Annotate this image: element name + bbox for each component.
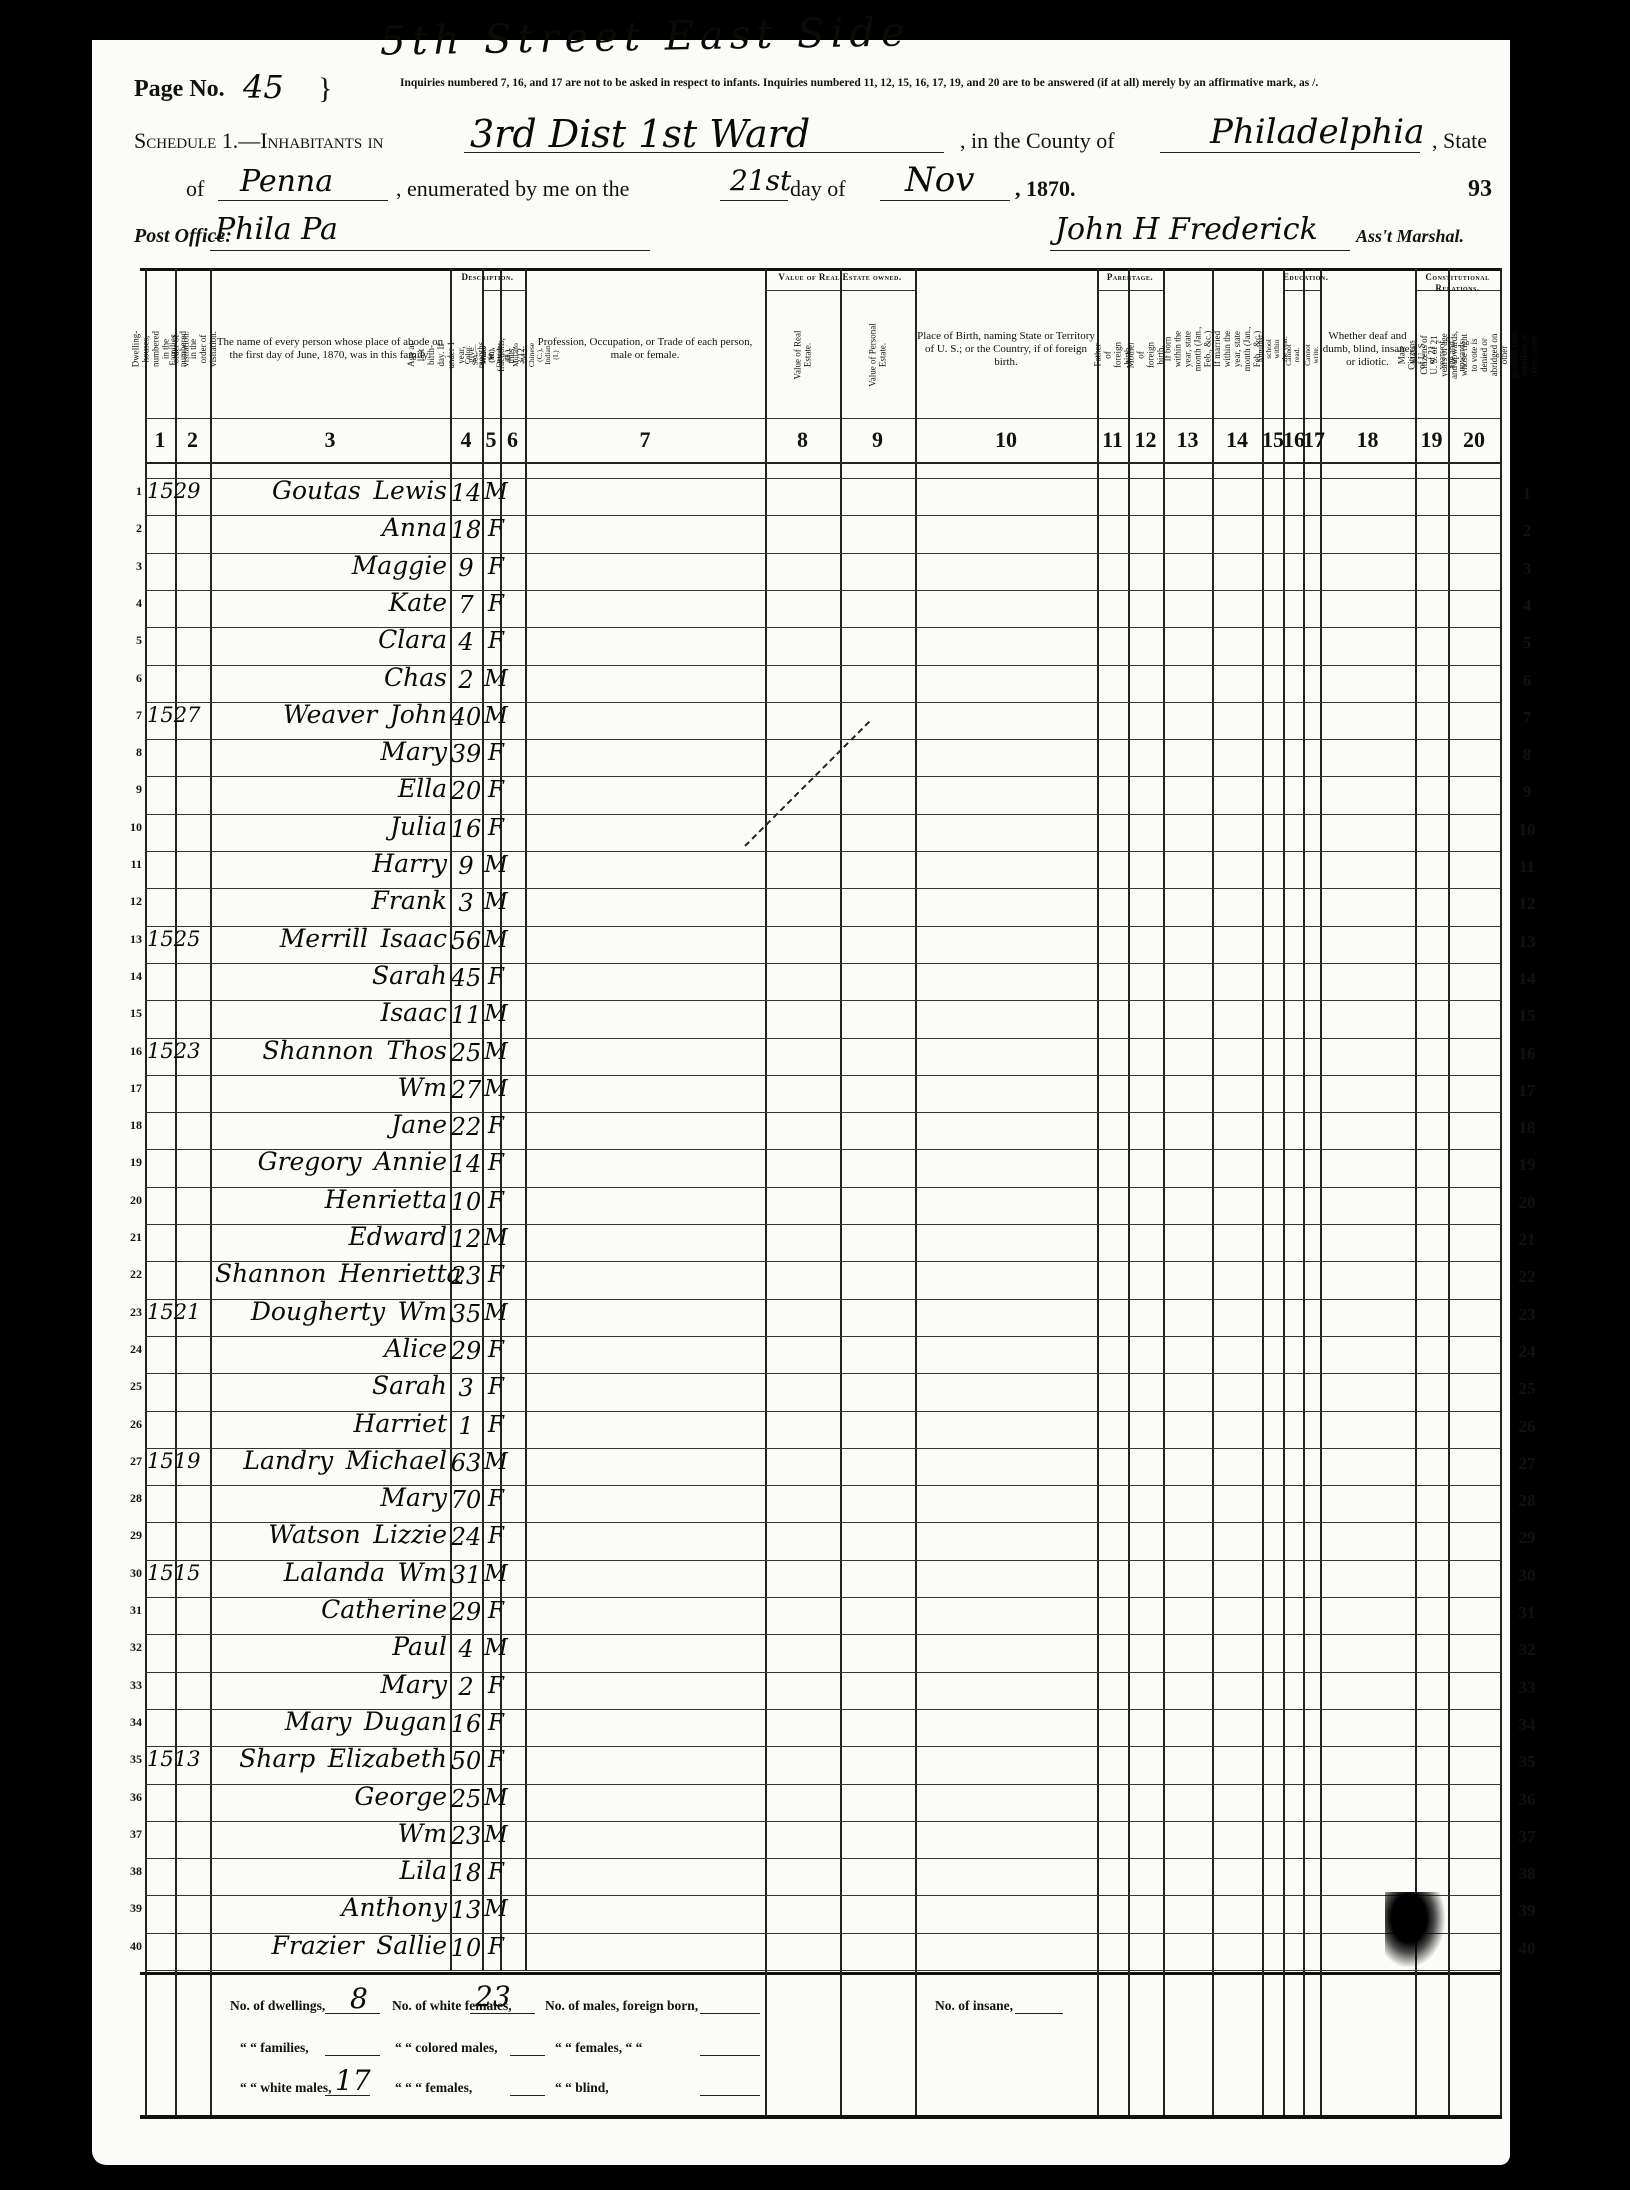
column-number-16: 16 [1283,427,1303,453]
column-divider [1262,268,1264,1970]
column-header-label: If married within the year, state month … [1212,326,1262,372]
column-header-12: Mother of foreign birth. [1128,292,1163,418]
sex-value: F [482,1188,510,1214]
column-divider [1128,268,1130,1970]
line-number-right: 25 [1512,1379,1542,1399]
line-number-left: 23 [118,1305,142,1320]
blank-underline [325,2013,380,2014]
given-name: Chas [384,663,447,692]
line-number-right: 36 [1512,1790,1542,1810]
surname: Frazier [272,1931,364,1960]
given-name: Mary [380,737,447,766]
of-label: of [186,176,204,202]
person-name: Clara [215,625,447,654]
footer-column-divider [1320,1970,1322,2115]
person-name: Anna [215,513,447,542]
line-number-left: 36 [118,1790,142,1805]
schedule-label-text: Schedule 1.—Inhabitants in [134,128,384,153]
line-number-left: 33 [118,1678,142,1693]
enumerated-label: , enumerated by me on the [396,176,629,202]
line-number-left: 28 [118,1491,142,1506]
person-name: Gregory Annie [215,1147,447,1176]
state-value: Penna [240,164,333,199]
row-rule [145,1970,1500,1971]
person-name: Sarah [215,961,447,990]
column-divider [1097,268,1099,1970]
line-number-right: 24 [1512,1342,1542,1362]
line-number-right: 18 [1512,1118,1542,1138]
column-header-label: Mother of foreign birth. [1126,340,1166,371]
line-number-left: 20 [118,1193,142,1208]
column-header-16: Cannot read. [1283,292,1303,418]
age-value: 18 [450,516,482,544]
age-value: 3 [450,1374,482,1402]
given-name: Henrietta [339,1259,461,1288]
surname: Dougherty [251,1297,385,1326]
column-number-14: 14 [1212,427,1262,453]
given-name: George [354,1782,447,1811]
age-value: 35 [450,1300,482,1328]
blank-underline [700,2095,760,2096]
sex-value: M [482,889,510,915]
footer-column-divider [145,1970,147,2115]
sheet-number: 93 [1468,176,1492,203]
surname: Landry [243,1446,333,1475]
line-number-left: 27 [118,1454,142,1469]
line-number-left: 32 [118,1640,142,1655]
line-number-left: 12 [118,894,142,909]
given-name: Wm [398,1819,447,1848]
column-number-9: 9 [840,427,915,453]
dwelling-number: 1523 [147,1039,200,1063]
table-bottom-rule [140,1972,1502,1975]
column-divider [1283,268,1285,1970]
column-divider [765,268,767,1970]
sex-value: M [482,1076,510,1102]
surname: Shannon [215,1259,327,1288]
sex-value: F [482,1412,510,1438]
person-name: Dougherty Wm [215,1297,447,1326]
blank-underline [510,2095,545,2096]
sex-value: F [482,1337,510,1363]
age-value: 9 [450,554,482,582]
given-name: Michael [346,1446,447,1475]
blank-underline [510,2055,545,2056]
line-number-right: 20 [1512,1193,1542,1213]
age-value: 31 [450,1561,482,1589]
column-number-17: 17 [1303,427,1320,453]
line-number-right: 31 [1512,1603,1542,1623]
line-number-left: 25 [118,1379,142,1394]
age-value: 14 [450,1150,482,1178]
dwelling-number: 1515 [147,1561,200,1585]
person-name: Harry [215,849,447,878]
column-header-14: If married within the year, state month … [1212,280,1262,418]
line-number-right: 29 [1512,1528,1542,1548]
column-divider [1448,268,1450,1970]
line-number-left: 13 [118,932,142,947]
line-number-left: 11 [118,857,142,872]
person-name: Sarah [215,1371,447,1400]
age-value: 63 [450,1449,482,1477]
given-name: Lila [400,1856,448,1885]
age-value: 18 [450,1859,482,1887]
blank-underline [325,2055,380,2056]
person-name: Maggie [215,551,447,580]
person-name: Paul [215,1632,447,1661]
line-number-left: 1 [118,484,142,499]
person-name: Wm [215,1073,447,1102]
footer-column-divider [1448,1970,1450,2115]
age-value: 20 [450,777,482,805]
column-divider [1303,268,1305,1970]
given-name: Sarah [372,961,447,990]
sex-value: M [482,1001,510,1027]
line-number-left: 22 [118,1267,142,1282]
given-name: Anna [382,513,447,542]
sex-value: M [482,1785,510,1811]
person-name: Chas [215,663,447,692]
given-name: Paul [392,1632,447,1661]
sex-value: M [482,1449,510,1475]
day-underline [720,200,788,201]
sex-value: F [482,554,510,580]
person-name: Anthony [215,1893,447,1922]
line-number-left: 34 [118,1715,142,1730]
person-name: Frank [215,886,447,915]
sex-value: M [482,1561,510,1587]
column-divider [1320,268,1322,1970]
day-value: 21st [730,164,791,197]
line-number-left: 15 [118,1006,142,1021]
sex-value: M [482,927,510,953]
sex-value: F [482,1673,510,1699]
footer-column-divider [210,1970,212,2115]
given-name: Frank [372,886,447,915]
sex-value: M [482,1300,510,1326]
sex-value: M [482,1039,510,1065]
blank-underline [470,2013,535,2014]
state-label: , State [1432,128,1487,154]
month-underline [880,200,1010,201]
age-value: 13 [450,1896,482,1924]
given-name: Anthony [341,1893,447,1922]
column-number-3: 3 [210,427,450,453]
county-label: , in the County of [960,128,1115,154]
given-name: Ella [398,774,447,803]
age-value: 50 [450,1747,482,1775]
person-name: Mary [215,1670,447,1699]
day-of-label: day of [790,176,846,202]
line-number-right: 6 [1512,671,1542,691]
column-header-9: Value of Personal Estate. [840,292,915,418]
line-number-right: 27 [1512,1454,1542,1474]
county-value: Philadelphia [1210,112,1424,152]
sex-value: M [482,1635,510,1661]
surname: Weaver [283,700,377,729]
sex-value: F [482,628,510,654]
sex-value: M [482,1896,510,1922]
column-number-4: 4 [450,427,482,453]
line-number-left: 7 [118,708,142,723]
line-number-right: 33 [1512,1678,1542,1698]
column-header-7: Profession, Occupation, or Trade of each… [525,280,765,418]
white-males-label: “ “ white males, [240,2080,332,2096]
column-number-18: 18 [1320,427,1415,453]
line-number-right: 16 [1512,1044,1542,1064]
sex-value: F [482,964,510,990]
age-value: 2 [450,1673,482,1701]
group-rule [482,290,525,291]
footer-column-divider [1097,1970,1099,2115]
column-header-label: Value of Real Estate. [793,320,813,391]
footer-column-divider [1128,1970,1130,2115]
given-name: Annie [374,1147,447,1176]
line-number-left: 39 [118,1901,142,1916]
line-number-left: 14 [118,969,142,984]
sex-value: F [482,777,510,803]
column-number-8: 8 [765,427,840,453]
blind-label: “ “ blind, [555,2080,609,2096]
column-header-17: Cannot write. [1303,292,1320,418]
line-number-right: 5 [1512,633,1542,653]
group-rule [1283,290,1320,291]
column-header-6: Color.—White (W.), Black (B.), Mulatto (… [500,292,525,418]
page-no-label: Page No. [134,76,225,103]
given-name: Julia [390,812,447,841]
line-number-left: 35 [118,1752,142,1767]
surname: Gregory [258,1147,362,1176]
column-divider [1212,268,1214,1970]
line-number-right: 22 [1512,1267,1542,1287]
sex-value: F [482,815,510,841]
line-number-right: 3 [1512,559,1542,579]
age-value: 4 [450,628,482,656]
line-number-left: 4 [118,596,142,611]
given-name: Dugan [364,1707,447,1736]
age-value: 45 [450,964,482,992]
person-name: Wm [215,1819,447,1848]
given-name: Harriet [354,1409,447,1438]
line-number-right: 30 [1512,1566,1542,1586]
age-value: 14 [450,479,482,507]
person-name: George [215,1782,447,1811]
line-number-left: 2 [118,521,142,536]
line-number-left: 24 [118,1342,142,1357]
footer-column-divider [915,1970,917,2115]
line-number-right: 8 [1512,745,1542,765]
dwelling-number: 1525 [147,927,200,951]
given-name: Wm [398,1558,447,1587]
person-name: Harriet [215,1409,447,1438]
column-divider [1163,268,1165,1970]
age-value: 12 [450,1225,482,1253]
age-value: 22 [450,1113,482,1141]
line-number-left: 16 [118,1044,142,1059]
given-name: Thos [386,1036,447,1065]
column-number-10: 10 [915,427,1097,453]
line-number-left: 40 [118,1939,142,1954]
line-number-left: 29 [118,1528,142,1543]
column-divider [145,268,147,1970]
sex-value: F [482,1486,510,1512]
line-number-right: 23 [1512,1305,1542,1325]
column-header-label: If born within the year, state month (Ja… [1163,327,1213,372]
given-name: Harry [372,849,447,878]
line-number-right: 1 [1512,484,1542,504]
column-number-2: 2 [175,427,210,453]
footer-bottom-rule [140,2115,1502,2119]
year-label: , 1870. [1015,176,1076,202]
person-name: Catherine [215,1595,447,1624]
footer-column-divider [1415,1970,1417,2115]
age-value: 10 [450,1934,482,1962]
column-header-13: If born within the year, state month (Ja… [1163,280,1212,418]
line-number-right: 32 [1512,1640,1542,1660]
line-number-left: 38 [118,1864,142,1879]
person-name: Lalanda Wm [215,1558,447,1587]
given-name: Edward [348,1222,447,1251]
group-parentage: Parentage. [1097,272,1163,283]
given-name: Sarah [372,1371,447,1400]
person-name: Mary [215,1483,447,1512]
dwelling-number: 1519 [147,1449,200,1473]
sex-value: F [482,516,510,542]
age-value: 39 [450,740,482,768]
page-no-value: 45 [243,68,284,106]
line-number-left: 3 [118,559,142,574]
column-number-7: 7 [525,427,765,453]
person-name: Weaver John [215,700,447,729]
age-value: 40 [450,703,482,731]
given-name: John [390,700,447,729]
footer-column-divider [1163,1970,1165,2115]
column-header-8: Value of Real Estate. [765,292,840,418]
table-top-rule [140,268,1502,271]
column-number-11: 11 [1097,427,1128,453]
sex-value: F [482,1150,510,1176]
column-number-5: 5 [482,427,500,453]
line-number-right: 39 [1512,1901,1542,1921]
age-value: 3 [450,889,482,917]
line-number-left: 18 [118,1118,142,1133]
dwelling-number: 1529 [147,479,200,503]
white-males-value: 17 [335,2064,371,2097]
footer-column-divider [1303,1970,1305,2115]
line-number-left: 37 [118,1827,142,1842]
given-name: Kate [389,588,447,617]
line-number-left: 17 [118,1081,142,1096]
line-number-right: 9 [1512,782,1542,802]
given-name: Clara [378,625,447,654]
age-value: 16 [450,815,482,843]
surname: Watson [268,1520,360,1549]
surname: Mary [285,1707,352,1736]
surname: Goutas [272,476,361,505]
sex-value: F [482,1262,510,1288]
given-name: Catherine [321,1595,447,1624]
given-name: Mary [380,1483,447,1512]
sex-value: F [482,1859,510,1885]
line-number-left: 19 [118,1155,142,1170]
given-name: Wm [398,1073,447,1102]
line-number-right: 40 [1512,1939,1542,1959]
given-name: Sallie [376,1931,447,1960]
sex-value: M [482,703,510,729]
column-number-12: 12 [1128,427,1163,453]
age-value: 23 [450,1822,482,1850]
colnum-divider [145,462,1500,464]
person-name: Lila [215,1856,447,1885]
column-divider [840,268,842,1970]
age-value: 11 [450,1001,482,1029]
age-value: 70 [450,1486,482,1514]
person-name: Isaac [215,998,447,1027]
given-name: Isaac [380,998,447,1027]
dwellings-value: 8 [350,1982,368,2015]
person-name: Ella [215,774,447,803]
line-number-right: 4 [1512,596,1542,616]
surname: Merrill [280,924,368,953]
column-header-2: Families, numbered in the order of visit… [175,280,210,418]
line-number-left: 6 [118,671,142,686]
column-number-20: 20 [1448,427,1500,453]
column-divider [525,268,527,1970]
sex-value: F [482,1523,510,1549]
sex-value: F [482,1934,510,1960]
footer-column-divider [1212,1970,1214,2115]
column-header-label: Cannot write. [1304,344,1320,366]
column-number-19: 19 [1415,427,1448,453]
blank-underline [700,2055,760,2056]
line-number-right: 19 [1512,1155,1542,1175]
age-value: 1 [450,1412,482,1440]
person-name: Mary [215,737,447,766]
males-foreign-label: No. of males, foreign born, [545,1998,698,2014]
column-number-6: 6 [500,427,525,453]
age-value: 4 [450,1635,482,1663]
column-divider [915,268,917,1970]
line-number-left: 5 [118,633,142,648]
given-name: Lizzie [373,1520,447,1549]
group-description: Description. [450,272,525,283]
person-name: Kate [215,588,447,617]
column-header-11: Father of foreign birth. [1097,292,1128,418]
given-name: Elizabeth [328,1744,447,1773]
footer-column-divider [1500,1970,1502,2115]
person-name: Edward [215,1222,447,1251]
given-name: Alice [384,1334,447,1363]
line-number-right: 7 [1512,708,1542,728]
footer-column-divider [1283,1970,1285,2115]
footer-column-divider [765,1970,767,2115]
line-number-right: 28 [1512,1491,1542,1511]
colored-females-label: “ “ “ females, [395,2080,472,2096]
schedule-label: Schedule 1.—Inhabitants in [134,128,384,154]
sex-value: F [482,1113,510,1139]
header-divider [145,418,1500,419]
group-education: Education. [1283,272,1320,283]
column-number-13: 13 [1163,427,1212,453]
group-rule [1097,290,1163,291]
column-header-label: Cannot read. [1285,344,1301,366]
sex-value: M [482,1822,510,1848]
person-name: Alice [215,1334,447,1363]
age-value: 2 [450,666,482,694]
line-number-left: 30 [118,1566,142,1581]
line-number-right: 34 [1512,1715,1542,1735]
age-value: 56 [450,927,482,955]
